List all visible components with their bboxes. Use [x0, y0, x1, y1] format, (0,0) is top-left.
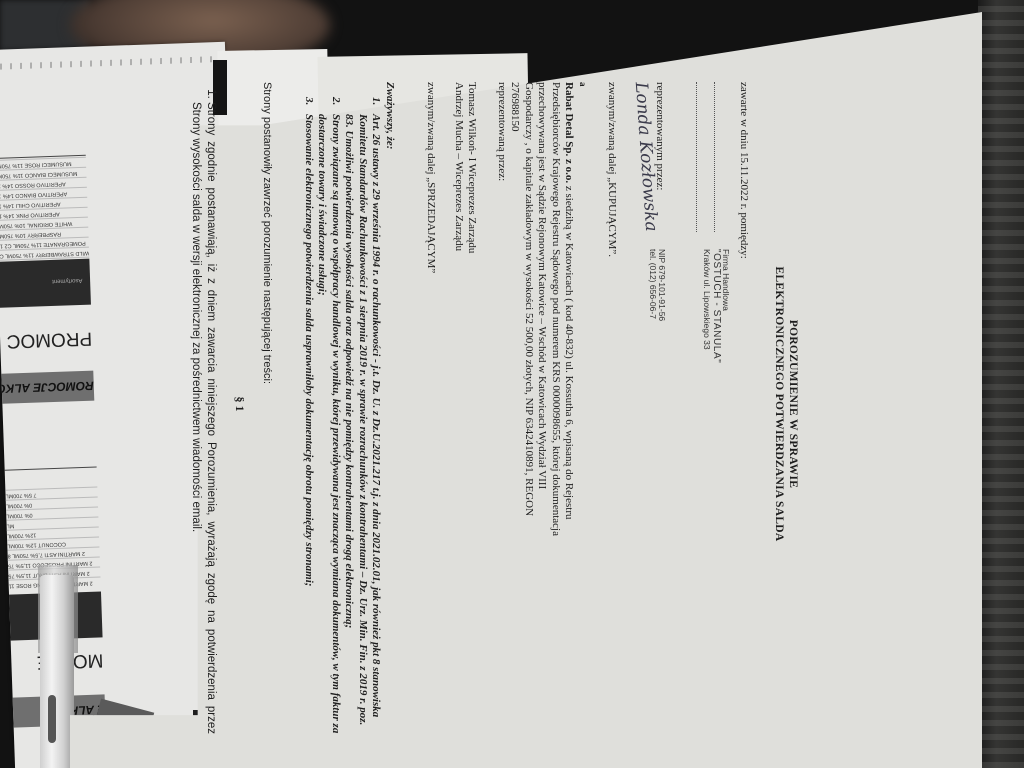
- stamp-line: tel. (012) 656-06-7: [649, 249, 658, 321]
- agreement-document: POROZUMIENIE W SPRAWIE ELEKTRONICZNEGO P…: [120, 74, 820, 734]
- stamp-line: "OSTUCH - STANULA": [712, 249, 722, 363]
- clause-1: Strony zgodnie postanawiają, iż z dniem …: [189, 74, 219, 734]
- dotted-line: [715, 82, 727, 232]
- whereas-section: Zważywszy, że: Art. 26 ustawy z 29 wrześ…: [302, 74, 397, 734]
- flyer-banner: ROMOCJE ALKOH: [1, 371, 94, 404]
- seller-representatives: Tomasz Wilkoń- I Wiceprezes Zarządu Andr…: [452, 74, 479, 734]
- flyer-product-list-top: MUSUMECI ROSE 11% 750MLMUSUMECI BIANCO 1…: [0, 157, 90, 270]
- flyer-dark-block: Asortyment: [0, 259, 91, 308]
- buyer-company-stamp: Firma Handlowa "OSTUCH - STANULA" Kraków…: [702, 249, 731, 363]
- stamp-line: NIP 679-101-91-56: [658, 249, 667, 321]
- title-line-2: ELEKTRONICZNEGO POTWIERDZANIA SALDA: [772, 74, 786, 734]
- flyer-dark-label: Asortyment: [52, 277, 83, 284]
- whereas-item: Stosowanie elektronicznego potwierdzenia…: [302, 108, 316, 734]
- representative: Andrzej Mucha – Wiceprezes Zarządu: [452, 82, 466, 734]
- flyer-divider: [5, 467, 97, 471]
- flyer-tick-marks: [0, 56, 216, 70]
- seller-represented-by: reprezentowaną przez:: [495, 82, 509, 542]
- pen: [40, 575, 74, 768]
- whereas-item: Strony związane są umową o współpracy ha…: [315, 108, 342, 734]
- buyer-representative: reprezentowanym przez: Londa Kozłowska N…: [621, 74, 667, 734]
- buyer-label: zwanym/zwaną dalej „KUPUJĄCYM”.: [605, 74, 619, 734]
- document-title: POROZUMIENIE W SPRAWIE ELEKTRONICZNEGO P…: [772, 74, 800, 734]
- whereas-heading: Zważywszy, że:: [383, 82, 397, 734]
- stamp-line: Kraków ul. Lipowskiego 33: [702, 249, 712, 363]
- stamp-line: Firma Handlowa: [721, 249, 731, 363]
- buyer-party: Firma Handlowa "OSTUCH - STANULA" Kraków…: [667, 74, 727, 734]
- representative: Tomasz Wilkoń- I Wiceprezes Zarządu: [465, 82, 479, 734]
- conjunction: a: [576, 74, 590, 734]
- whereas-item: Art. 26 ustawy z 29 września 1994 r. o r…: [342, 108, 383, 734]
- section-heading: § 1: [233, 74, 247, 734]
- nip-stamp: NIP 679-101-91-56 tel. (012) 656-06-7: [649, 249, 667, 321]
- clause-text: Strony zgodnie postanawiają, iż z dniem …: [189, 102, 219, 734]
- seller-name: Rabat Detal Sp. z o.o.: [564, 82, 576, 183]
- dotted-line: [697, 82, 709, 232]
- floor-edge: [978, 0, 1024, 768]
- title-line-1: POROZUMIENIE W SPRAWIE: [786, 74, 800, 734]
- pen-clip: [48, 695, 56, 743]
- agreement-intro: Strony postanowiły zawrzeć porozumienie …: [260, 74, 274, 734]
- seller-party: Rabat Detal Sp. z o.o. z siedzibą w Kato…: [495, 74, 576, 542]
- flyer-headline: PROMOC: [0, 323, 93, 356]
- agreement-date: zawarte w dniu 15.11.2022 r. pomiędzy:: [737, 74, 751, 734]
- seller-label: zwanym/zwaną dalej „SPRZEDAJĄCYM”: [424, 74, 438, 734]
